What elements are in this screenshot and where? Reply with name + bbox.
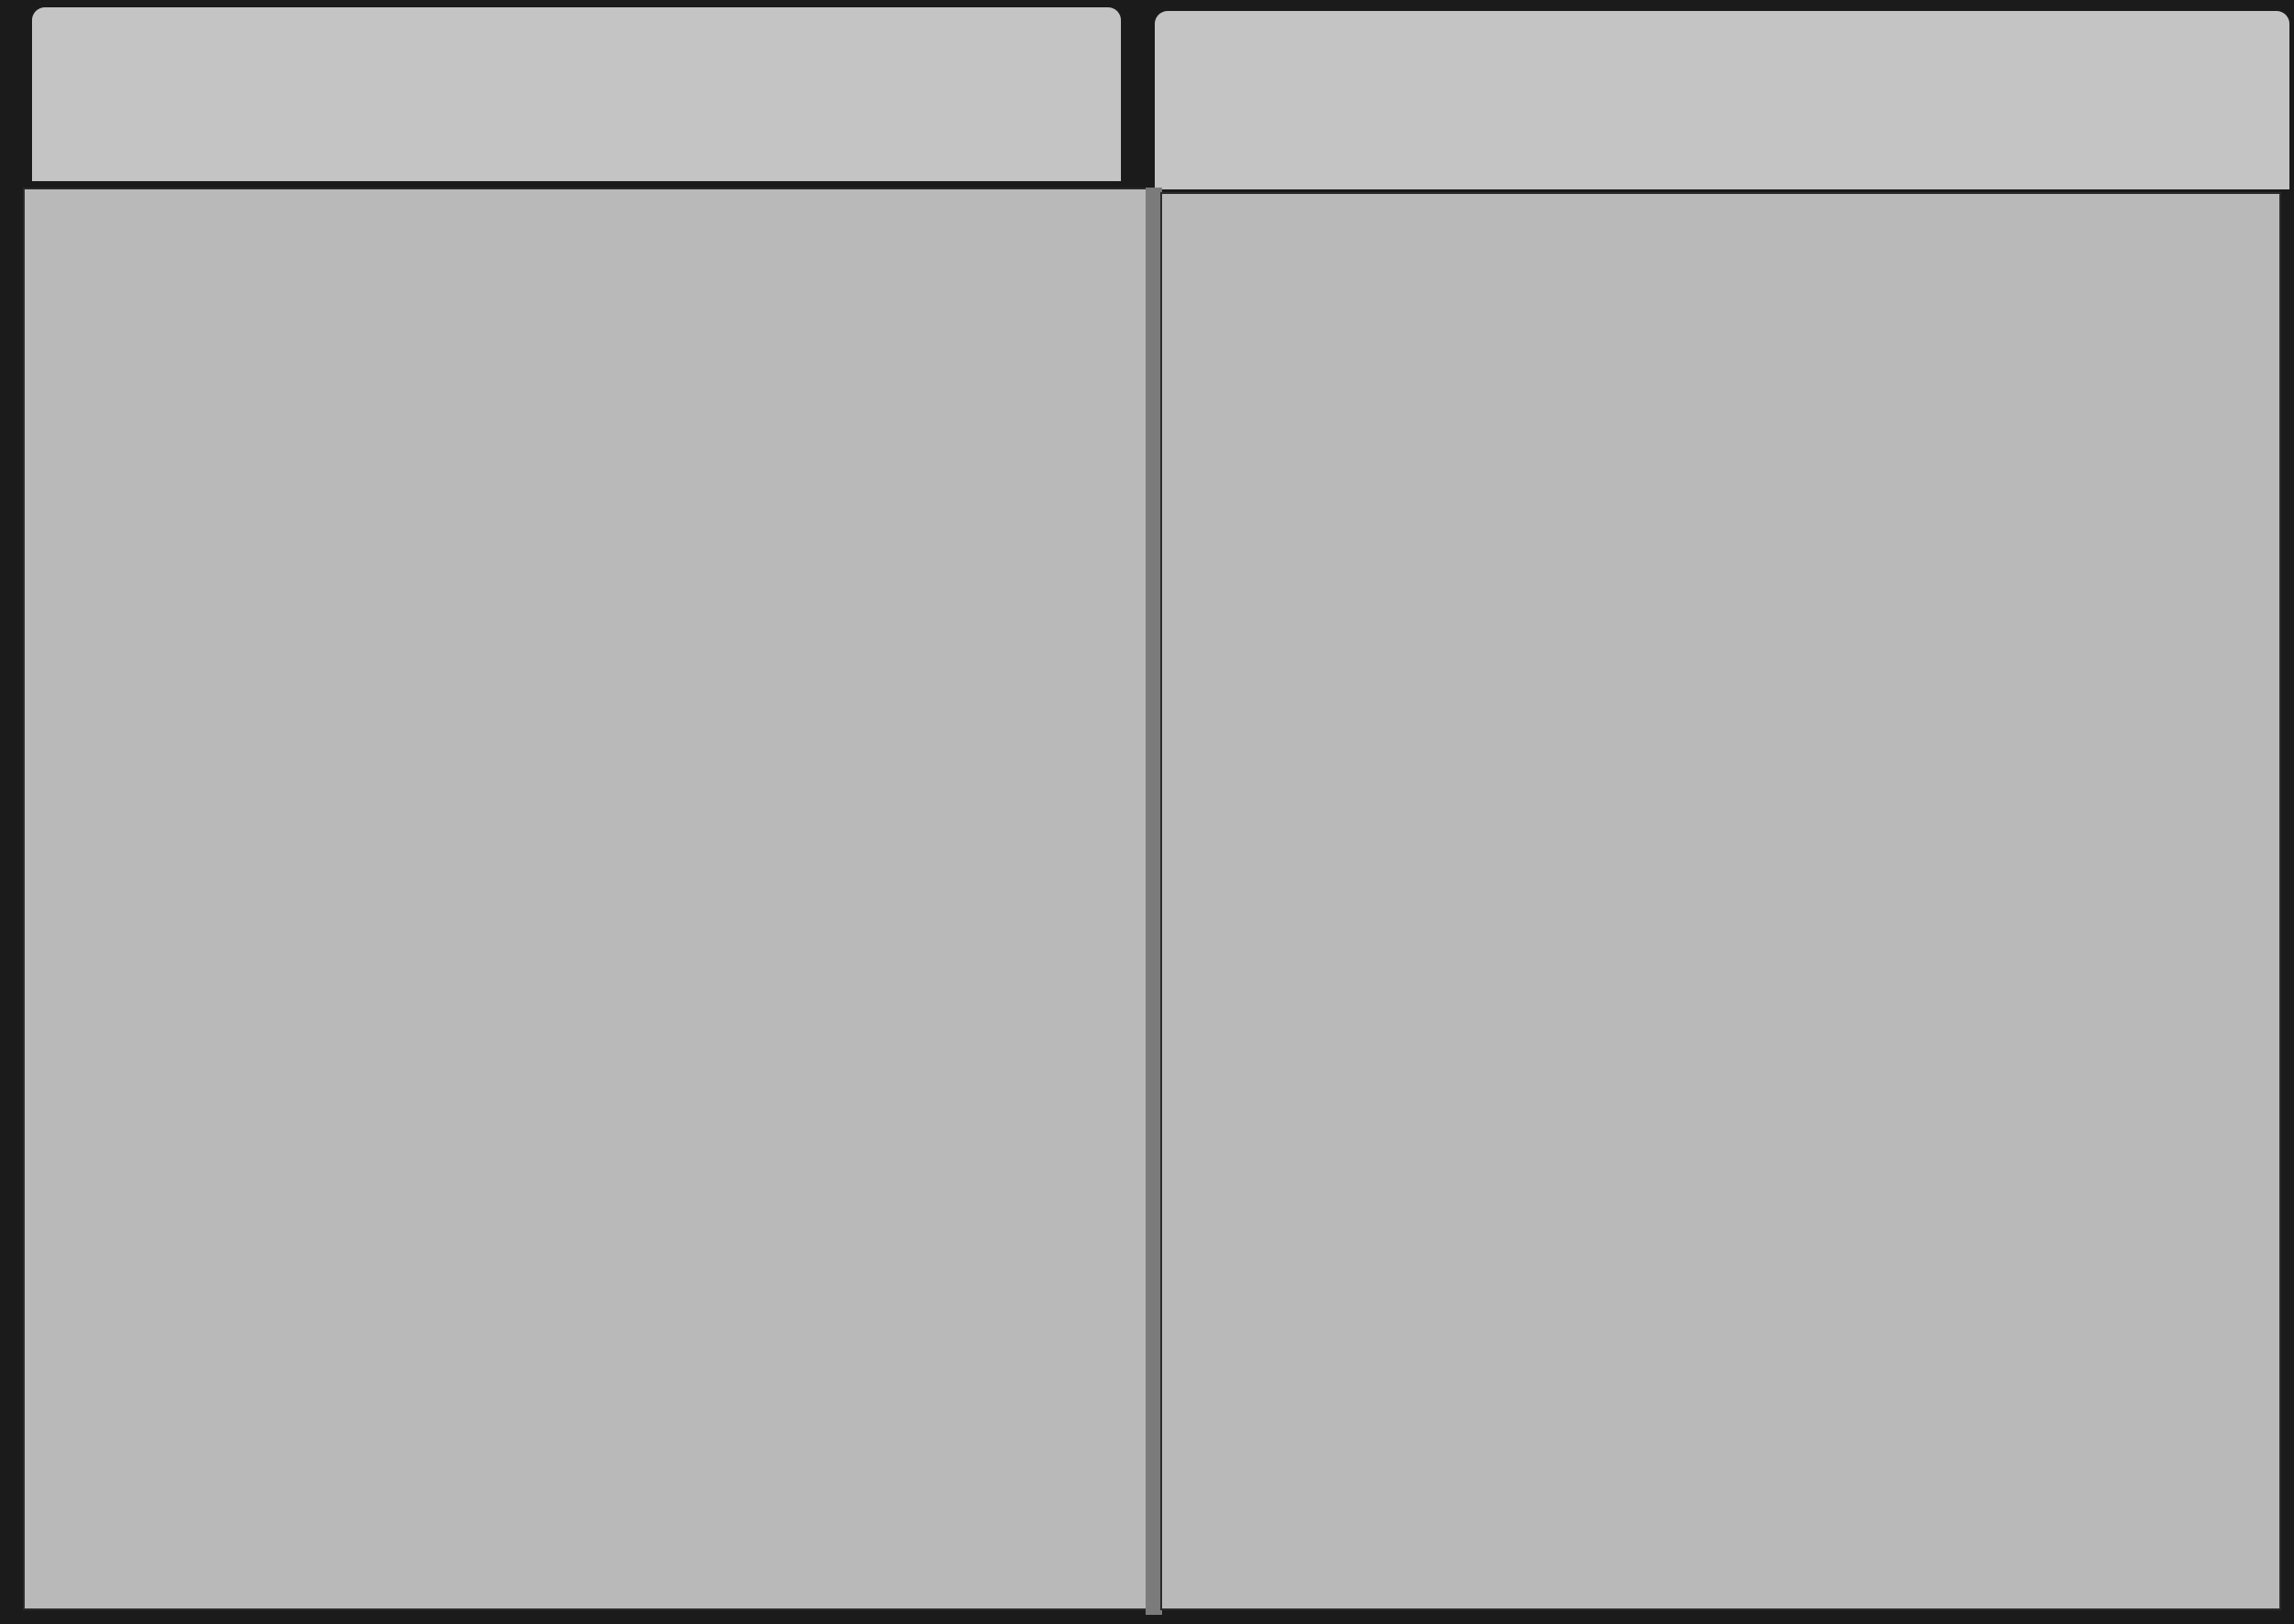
right-page	[1160, 192, 2281, 1610]
left-page	[23, 188, 1158, 1610]
right-header-row	[1155, 18, 2289, 183]
left-header-row	[32, 18, 1121, 178]
